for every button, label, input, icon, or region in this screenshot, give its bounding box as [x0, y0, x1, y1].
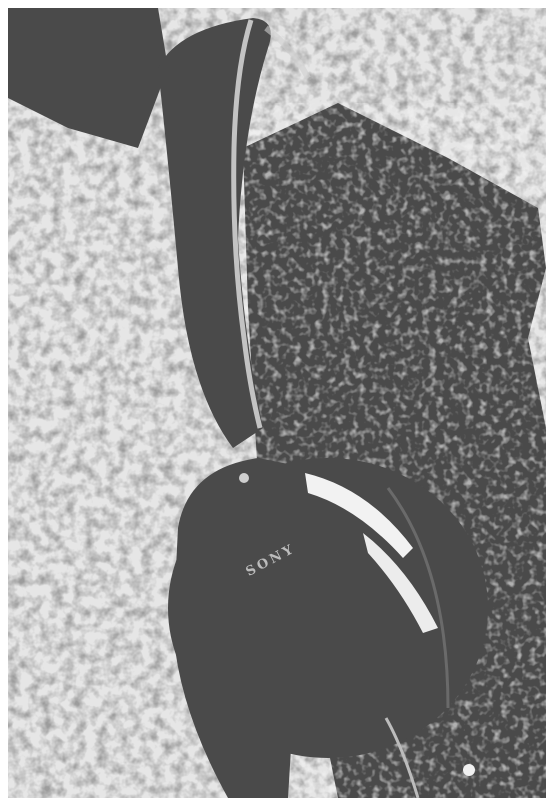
hinge-pivot [239, 473, 249, 483]
photo-scene [8, 8, 546, 798]
headphones-photo: SONY [8, 8, 546, 798]
